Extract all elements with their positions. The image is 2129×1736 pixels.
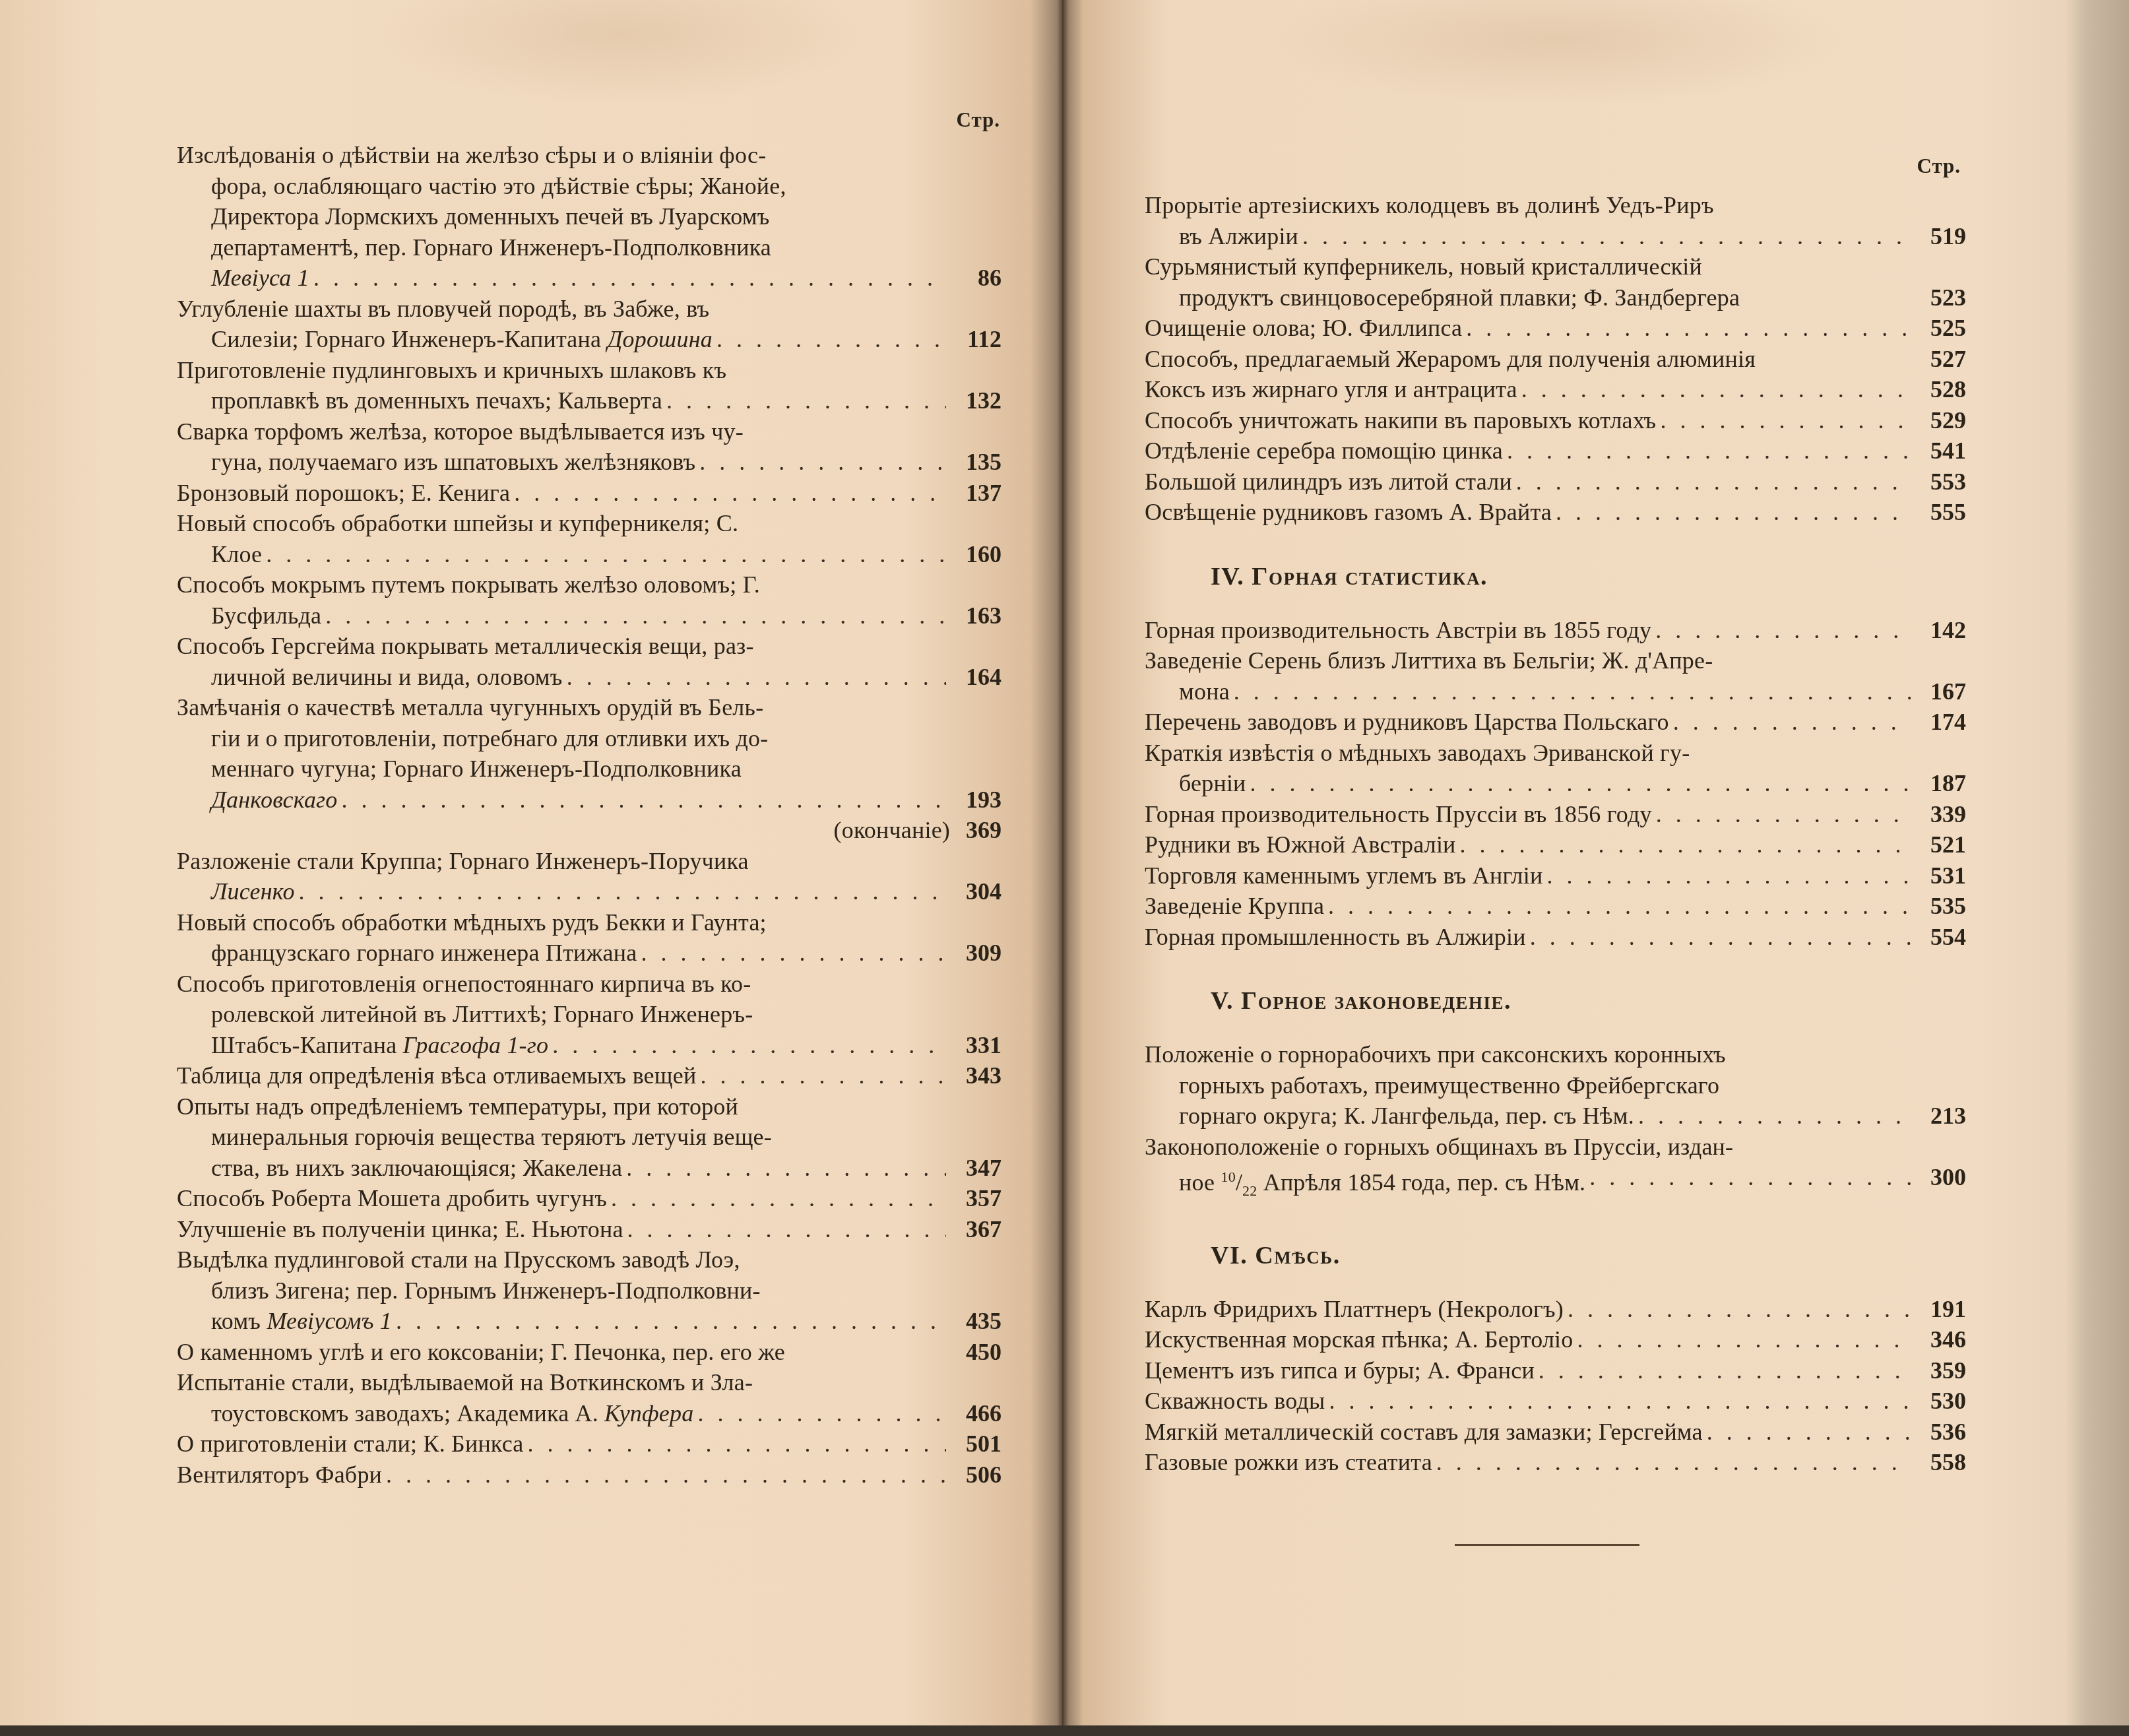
- page-number: 530: [1915, 1386, 1966, 1417]
- page-number: 541: [1915, 435, 1966, 466]
- dot-leader: [299, 876, 946, 907]
- dot-leader: [1436, 1447, 1911, 1478]
- dot-leader: [1589, 1162, 1911, 1207]
- page-number: 519: [1915, 221, 1966, 252]
- page-number: 135: [950, 447, 1001, 478]
- entry-text: тоустовскомъ заводахъ; Академика А. Купф…: [211, 1398, 693, 1429]
- page-number: 466: [950, 1398, 1001, 1429]
- author-name: Дорошина: [607, 326, 713, 352]
- entry-last-line: Карлъ Фридрихъ Платтнеръ (Некрологъ)191: [1145, 1294, 1966, 1325]
- toc-entry[interactable]: Выдѣлка пудлинговой стали на Прусскомъ з…: [177, 1244, 1001, 1337]
- author-name: Купфера: [604, 1400, 693, 1427]
- entry-line: Заведеніе Серень близъ Литтиха въ Бельгі…: [1145, 645, 1966, 676]
- dot-leader: [1530, 922, 1911, 953]
- entry-last-line: Мевіуса 186: [177, 263, 1001, 294]
- page-number: 164: [950, 662, 1001, 693]
- entry-line: горныхъ работахъ, преимущественно Фрейбе…: [1145, 1070, 1966, 1101]
- entry-text: гіи и о приготовленіи, потребнаго для от…: [211, 723, 768, 754]
- toc-entry[interactable]: Способъ мокрымъ путемъ покрывать желѣзо …: [177, 569, 1001, 631]
- entry-text: мона: [1179, 676, 1230, 707]
- entry-last-line: Очищеніе олова; Ю. Филлипса525: [1145, 313, 1966, 344]
- page-number: 525: [1915, 313, 1966, 344]
- entry-last-line: Бусфильда163: [177, 600, 1001, 631]
- toc-entry[interactable]: Мягкій металлическій составъ для замазки…: [1145, 1417, 1966, 1448]
- page-number: 357: [950, 1183, 1001, 1214]
- dot-leader: [552, 1030, 946, 1061]
- entry-text: Положеніе о горнорабочихъ при саксонских…: [1145, 1039, 1726, 1070]
- entry-text: Директора Лормскихъ доменныхъ печей въ Л…: [211, 201, 770, 232]
- entry-text: Лисенко: [211, 876, 295, 907]
- entry-line: Способъ Герсгейма покрывать металлическі…: [177, 631, 1001, 662]
- page-number: 339: [1915, 799, 1966, 830]
- toc-entry[interactable]: Торговля каменнымъ углемъ въ Англіи531: [1145, 860, 1966, 891]
- page-column-label: Стр.: [177, 106, 1001, 135]
- entry-line: Прорытіе артезіискихъ колодцевъ въ долин…: [1145, 190, 1966, 221]
- entry-last-line: Цементъ изъ гипса и буры; А. Франси359: [1145, 1355, 1966, 1386]
- entry-text: Опыты надъ опредѣленіемъ температуры, пр…: [177, 1091, 738, 1122]
- entry-text: французскаго горнаго инженера Птижана: [211, 938, 637, 969]
- dot-leader: [697, 1398, 946, 1429]
- entry-last-line: Способъ Роберта Мошета дробить чугунъ357: [177, 1183, 1001, 1214]
- entry-text: Мягкій металлическій составъ для замазки…: [1145, 1417, 1703, 1448]
- entry-text: Бронзовый порошокъ; Е. Кенига: [177, 478, 510, 509]
- dot-leader: [1466, 313, 1911, 344]
- dot-leader: [1546, 860, 1911, 891]
- entry-text: департаментѣ, пер. Горнаго Инженеръ-Подп…: [211, 232, 771, 263]
- dot-leader: [1638, 1101, 1911, 1132]
- toc-entry[interactable]: Бронзовый порошокъ; Е. Кенига137: [177, 478, 1001, 509]
- toc-entry[interactable]: Опыты надъ опредѣленіемъ температуры, пр…: [177, 1091, 1001, 1184]
- entry-last-line: Искуственная морская пѣнка; А. Бертоліо3…: [1145, 1324, 1966, 1355]
- page-number: 435: [950, 1306, 1001, 1337]
- page-number: 187: [1915, 768, 1966, 799]
- entry-last-line: берніи187: [1145, 768, 1966, 799]
- page-number: 167: [1915, 676, 1966, 707]
- toc-entry[interactable]: Горная производительность Пруссіи въ 185…: [1145, 799, 1966, 830]
- entry-line: фора, ослабляющаго частію это дѣйствіе с…: [177, 171, 1001, 202]
- entry-text: Горная производительность Пруссіи въ 185…: [1145, 799, 1652, 830]
- toc-entry[interactable]: Карлъ Фридрихъ Платтнеръ (Некрологъ)191: [1145, 1294, 1966, 1325]
- toc-entry[interactable]: Рудники въ Южной Австраліи521: [1145, 829, 1966, 860]
- toc-entry[interactable]: О приготовленіи стали; К. Бинкса501: [177, 1429, 1001, 1460]
- page-number: 553: [1915, 466, 1966, 498]
- entry-text: Большой цилиндръ изъ литой стали: [1145, 466, 1512, 498]
- dot-leader: [386, 1460, 946, 1491]
- dot-leader: [527, 1429, 946, 1460]
- toc-entry[interactable]: Заведеніе Круппа535: [1145, 891, 1966, 922]
- page-number: 86: [950, 263, 1001, 294]
- dot-leader: [1577, 1324, 1911, 1355]
- author-name: Лисенко: [211, 878, 295, 905]
- toc-entry[interactable]: Улучшеніе въ полученіи цинка; Е. Ньютона…: [177, 1214, 1001, 1245]
- entry-text: продуктъ свинцовосеребряной плавки; Ф. З…: [1179, 282, 1740, 313]
- entry-text: минеральныя горючія вещества теряютъ лет…: [211, 1122, 772, 1153]
- toc-entry[interactable]: Скважность воды530: [1145, 1386, 1966, 1417]
- page-number: 347: [950, 1153, 1001, 1184]
- entry-last-line: горнаго округа; К. Лангфельда, пер. съ Н…: [1145, 1101, 1966, 1132]
- entry-line: Способъ мокрымъ путемъ покрывать желѣзо …: [177, 569, 1001, 600]
- toc-sections: IV. Горная статистика.Горная производите…: [1145, 562, 1966, 1478]
- dot-leader: [1655, 615, 1911, 646]
- author-name: Данковскаго: [211, 787, 338, 813]
- entry-line: Приготовленіе пудлинговыхъ и кричныхъ шл…: [177, 355, 1001, 386]
- entry-last-line: Мягкій металлическій составъ для замазки…: [1145, 1417, 1966, 1448]
- entry-last-line: Бронзовый порошокъ; Е. Кенига137: [177, 478, 1001, 509]
- page-number: 191: [1915, 1294, 1966, 1325]
- entry-text: Отдѣленіе серебра помощію цинка: [1145, 435, 1503, 466]
- entry-text: О приготовленіи стали; К. Бинкса: [177, 1429, 523, 1460]
- paper-stain: [1260, 0, 1854, 106]
- toc-entry[interactable]: Перечень заводовъ и рудниковъ Царства По…: [1145, 707, 1966, 738]
- entry-text: Горная производительность Австріи въ 185…: [1145, 615, 1651, 646]
- toc-entry[interactable]: Изслѣдованія о дѣйствіи на желѣзо сѣры и…: [177, 140, 1001, 294]
- page-number: 160: [950, 539, 1001, 570]
- entry-last-line: Улучшеніе въ полученіи цинка; Е. Ньютона…: [177, 1214, 1001, 1245]
- entry-last-line: французскаго горнаго инженера Птижана309: [177, 938, 1001, 969]
- entry-last-line: Данковскаго193: [177, 785, 1001, 816]
- page-number: 346: [1915, 1324, 1966, 1355]
- scan-edge: [0, 1725, 2129, 1736]
- entry-text: Законоположеніе о горныхъ общинахъ въ Пр…: [1145, 1132, 1733, 1163]
- date-denominator: 22: [1242, 1182, 1257, 1199]
- book-spread: Стр. Изслѣдованія о дѣйствіи на желѣзо с…: [0, 0, 2129, 1736]
- entry-text: въ Алжиріи: [1179, 221, 1298, 252]
- dot-leader: [1568, 1294, 1911, 1325]
- entry-line: Способъ приготовленія огнепостояннаго ки…: [177, 969, 1001, 1000]
- entry-last-line: Скважность воды530: [1145, 1386, 1966, 1417]
- entry-line: минеральныя горючія вещества теряютъ лет…: [177, 1122, 1001, 1153]
- entry-text: Штабсъ-Капитана Грасгофа 1-го: [211, 1030, 548, 1061]
- page-number: 501: [950, 1429, 1001, 1460]
- dot-leader: [567, 662, 946, 693]
- toc-entries: Изслѣдованія о дѣйствіи на желѣзо сѣры и…: [177, 140, 1001, 1490]
- left-toc-column: Стр. Изслѣдованія о дѣйствіи на желѣзо с…: [177, 106, 1001, 1490]
- entry-text: Скважность воды: [1145, 1386, 1325, 1417]
- page-number: 309: [950, 938, 1001, 969]
- page-number: 132: [950, 385, 1001, 416]
- entry-text: Газовые рожки изъ стеатита: [1145, 1447, 1432, 1478]
- toc-entry[interactable]: Способъ уничтожать накипи въ паровыхъ ко…: [1145, 405, 1966, 436]
- toc-entry[interactable]: Способъ Роберта Мошета дробить чугунъ357: [177, 1183, 1001, 1214]
- date-numerator: 10: [1221, 1169, 1235, 1185]
- page-number: 536: [1915, 1417, 1966, 1448]
- entry-text: гуна, получаемаго изъ шпатовыхъ желѣзняк…: [211, 447, 695, 478]
- section-heading: VI. Смѣсь.: [1145, 1241, 1966, 1270]
- entry-text: Рудники въ Южной Австраліи: [1145, 829, 1456, 860]
- section-heading: V. Горное законоведеніе.: [1145, 986, 1966, 1015]
- dot-leader: [342, 785, 946, 816]
- entry-last-line: Силезіи; Горнаго Инженеръ-Капитана Дорош…: [177, 324, 1001, 355]
- entry-last-line: продуктъ свинцовосеребряной плавки; Ф. З…: [1145, 282, 1966, 313]
- entry-line: Изслѣдованія о дѣйствіи на желѣзо сѣры и…: [177, 140, 1001, 171]
- dot-leader: [627, 1214, 946, 1245]
- entry-last-line: Лисенко304: [177, 876, 1001, 907]
- entry-text: Приготовленіе пудлинговыхъ и кричныхъ шл…: [177, 355, 726, 386]
- entry-line: Директора Лормскихъ доменныхъ печей въ Л…: [177, 201, 1001, 232]
- entry-text: Способъ уничтожать накипи въ паровыхъ ко…: [1145, 405, 1656, 436]
- entry-line: Выдѣлка пудлинговой стали на Прусскомъ з…: [177, 1244, 1001, 1275]
- entry-last-line: Заведеніе Круппа535: [1145, 891, 1966, 922]
- toc-entry[interactable]: Вентиляторъ Фабри506: [177, 1460, 1001, 1491]
- toc-entry[interactable]: Новый способъ обработки шпейзы и купферн…: [177, 508, 1001, 569]
- entry-text: Способъ приготовленія огнепостояннаго ки…: [177, 969, 751, 1000]
- dot-leader: [1460, 829, 1911, 860]
- toc-entry[interactable]: О каменномъ углѣ и его коксованіи; Г. Пе…: [177, 1337, 1001, 1368]
- entry-last-line: Газовые рожки изъ стеатита558: [1145, 1447, 1966, 1478]
- dot-leader: [1521, 374, 1911, 405]
- entry-last-line: Способъ уничтожать накипи въ паровыхъ ко…: [1145, 405, 1966, 436]
- dot-leader: [1660, 405, 1911, 436]
- toc-entry[interactable]: Прорытіе артезіискихъ колодцевъ въ долин…: [1145, 190, 1966, 251]
- entry-text: Способъ, предлагаемый Жераромъ для получ…: [1145, 344, 1756, 375]
- toc-entry[interactable]: Коксъ изъ жирнаго угля и антрацита528: [1145, 374, 1966, 405]
- page-number: 142: [1915, 615, 1966, 646]
- entry-last-line: Штабсъ-Капитана Грасгофа 1-го331: [177, 1030, 1001, 1061]
- dot-leader: [1539, 1355, 1911, 1386]
- dot-leader: [626, 1153, 946, 1184]
- entry-last-line: Перечень заводовъ и рудниковъ Царства По…: [1145, 707, 1966, 738]
- dot-leader: [699, 447, 946, 478]
- entry-line: Краткія извѣстія о мѣдныхъ заводахъ Эрив…: [1145, 738, 1966, 769]
- entry-text: О каменномъ углѣ и его коксованіи; Г. Пе…: [177, 1337, 785, 1368]
- book-gutter: [1057, 0, 1069, 1725]
- entry-text: Углубленіе шахты въ пловучей породѣ, въ …: [177, 294, 709, 325]
- entry-text: берніи: [1179, 768, 1246, 799]
- page-number: 112: [950, 324, 1001, 355]
- entry-text: Мевіуса 1: [211, 263, 309, 294]
- toc-entry[interactable]: Горная промышленность въ Алжиріи554: [1145, 922, 1966, 953]
- entry-last-line: Торговля каменнымъ углемъ въ Англіи531: [1145, 860, 1966, 891]
- entry-text: Разложеніе стали Круппа; Горнаго Инженер…: [177, 846, 749, 877]
- toc-entry[interactable]: Сварка торфомъ желѣза, которое выдѣлывае…: [177, 416, 1001, 478]
- dot-leader: [1507, 435, 1911, 466]
- entry-text: Коксъ изъ жирнаго угля и антрацита: [1145, 374, 1517, 405]
- entry-text: Перечень заводовъ и рудниковъ Царства По…: [1145, 707, 1669, 738]
- page-number: 213: [1915, 1101, 1966, 1132]
- toc-entry[interactable]: Приготовленіе пудлинговыхъ и кричныхъ шл…: [177, 355, 1001, 416]
- dot-leader: [1673, 707, 1911, 738]
- toc-entry[interactable]: Сурьмянистый купферникель, новый кристал…: [1145, 251, 1966, 313]
- entry-text: фора, ослабляющаго частію это дѣйствіе с…: [211, 171, 786, 202]
- entry-last-line: О каменномъ углѣ и его коксованіи; Г. Пе…: [177, 1337, 1001, 1368]
- entry-text: горныхъ работахъ, преимущественно Фрейбе…: [1179, 1070, 1719, 1101]
- dot-leader: [266, 539, 946, 570]
- page-number: 528: [1915, 374, 1966, 405]
- page-number: 304: [950, 876, 1001, 907]
- entry-text: Заведеніе Серень близъ Литтиха въ Бельгі…: [1145, 645, 1713, 676]
- page-number: 174: [1915, 707, 1966, 738]
- toc-entry[interactable]: Способъ приготовленія огнепостояннаго ки…: [177, 969, 1001, 1061]
- entry-last-line: Горная производительность Австріи въ 185…: [1145, 615, 1966, 646]
- entry-last-line: Горная промышленность въ Алжиріи554: [1145, 922, 1966, 953]
- entry-text: ное 10/22 Апрѣля 1854 года, пер. съ Нѣм.: [1179, 1162, 1585, 1207]
- entry-text: Силезіи; Горнаго Инженеръ-Капитана Дорош…: [211, 324, 713, 355]
- end-rule: [1455, 1544, 1639, 1546]
- dot-leader: [1302, 221, 1911, 252]
- entry-last-line: ства, въ нихъ заключающіяся; Жакелена347: [177, 1153, 1001, 1184]
- entry-text: Очищеніе олова; Ю. Филлипса: [1145, 313, 1462, 344]
- author-name: Грасгофа 1-го: [403, 1032, 549, 1058]
- entry-text: Торговля каменнымъ углемъ въ Англіи: [1145, 860, 1542, 891]
- page-number: 535: [1915, 891, 1966, 922]
- entry-text: ролевской литейной въ Литтихѣ; Горнаго И…: [211, 999, 753, 1030]
- dot-leader: [1556, 497, 1911, 528]
- entry-text: Горная промышленность въ Алжиріи: [1145, 922, 1526, 953]
- continuation-label: (окончаніе): [834, 815, 950, 846]
- dot-leader: [1656, 799, 1911, 830]
- entry-line: Законоположеніе о горныхъ общинахъ въ Пр…: [1145, 1132, 1966, 1163]
- entry-line: гіи и о приготовленіи, потребнаго для от…: [177, 723, 1001, 754]
- toc-entry[interactable]: Искуственная морская пѣнка; А. Бертоліо3…: [1145, 1324, 1966, 1355]
- entry-text: Клое: [211, 539, 262, 570]
- dot-leader: [1516, 466, 1911, 498]
- entry-last-line: Вентиляторъ Фабри506: [177, 1460, 1001, 1491]
- entry-line: Испытаніе стали, выдѣлываемой на Воткинс…: [177, 1367, 1001, 1398]
- page-number: 523: [1915, 282, 1966, 313]
- entry-text: Выдѣлка пудлинговой стали на Прусскомъ з…: [177, 1244, 740, 1275]
- toc-entries: Прорытіе артезіискихъ колодцевъ въ долин…: [1145, 190, 1966, 528]
- entry-last-line: Таблица для опредѣленія вѣса отливаемыхъ…: [177, 1060, 1001, 1091]
- toc-entry[interactable]: Цементъ изъ гипса и буры; А. Франси359: [1145, 1355, 1966, 1386]
- entry-text: Краткія извѣстія о мѣдныхъ заводахъ Эрив…: [1145, 738, 1690, 769]
- entry-text: меннаго чугуна; Горнаго Инженеръ-Подполк…: [211, 754, 742, 785]
- dot-leader: [313, 263, 946, 294]
- dot-leader: [1329, 1386, 1911, 1417]
- entry-line: Положеніе о горнорабочихъ при саксонских…: [1145, 1039, 1966, 1070]
- entry-last-line: Горная производительность Пруссіи въ 185…: [1145, 799, 1966, 830]
- entry-text: Прорытіе артезіискихъ колодцевъ въ долин…: [1145, 190, 1714, 221]
- page-number: 558: [1915, 1447, 1966, 1478]
- toc-entry[interactable]: Очищеніе олова; Ю. Филлипса525: [1145, 313, 1966, 344]
- toc-entry[interactable]: Углубленіе шахты въ пловучей породѣ, въ …: [177, 294, 1001, 355]
- dot-leader: [716, 324, 946, 355]
- entry-text: Замѣчанія о качествѣ металла чугунныхъ о…: [177, 692, 763, 723]
- entry-text: Изслѣдованія о дѣйствіи на желѣзо сѣры и…: [177, 140, 766, 171]
- entry-text: Вентиляторъ Фабри: [177, 1460, 382, 1491]
- toc-entry[interactable]: Способъ, предлагаемый Жераромъ для получ…: [1145, 344, 1966, 375]
- entry-text: комъ Мевіусомъ 1: [211, 1306, 392, 1337]
- paper-stain: [369, 0, 871, 106]
- entry-text: Сурьмянистый купферникель, новый кристал…: [1145, 251, 1702, 282]
- entry-line: Опыты надъ опредѣленіемъ температуры, пр…: [177, 1091, 1001, 1122]
- entry-text: Новый способъ обработки мѣдныхъ рудъ Бек…: [177, 907, 767, 938]
- toc-entry[interactable]: Большой цилиндръ изъ литой стали553: [1145, 466, 1966, 498]
- page-number: 367: [950, 1214, 1001, 1245]
- entry-last-line: Большой цилиндръ изъ литой стали553: [1145, 466, 1966, 498]
- page-number: 137: [950, 478, 1001, 509]
- toc-entry[interactable]: Таблица для опредѣленія вѣса отливаемыхъ…: [177, 1060, 1001, 1091]
- toc-entry[interactable]: Газовые рожки изъ стеатита558: [1145, 1447, 1966, 1478]
- entry-text: Бусфильда: [211, 600, 321, 631]
- page-number: 300: [1915, 1162, 1966, 1207]
- entry-text: Карлъ Фридрихъ Платтнеръ (Некрологъ): [1145, 1294, 1564, 1325]
- page-column-label: Стр.: [1145, 152, 1966, 181]
- entry-text: близъ Зигена; пер. Горнымъ Инженеръ-Подп…: [211, 1275, 761, 1306]
- entry-last-line: въ Алжиріи519: [1145, 221, 1966, 252]
- entry-last-line: комъ Мевіусомъ 1435: [177, 1306, 1001, 1337]
- page-number: 531: [1915, 860, 1966, 891]
- dot-leader: [1707, 1417, 1911, 1448]
- entry-last-line: гуна, получаемаго изъ шпатовыхъ желѣзняк…: [177, 447, 1001, 478]
- entry-last-line: Отдѣленіе серебра помощію цинка541: [1145, 435, 1966, 466]
- entry-line: близъ Зигена; пер. Горнымъ Инженеръ-Подп…: [177, 1275, 1001, 1306]
- toc-entry[interactable]: Замѣчанія о качествѣ металла чугунныхъ о…: [177, 692, 1001, 846]
- entry-line: Новый способъ обработки шпейзы и купферн…: [177, 508, 1001, 539]
- entry-line: ролевской литейной въ Литтихѣ; Горнаго И…: [177, 999, 1001, 1030]
- dot-leader: [1328, 891, 1911, 922]
- entry-line: Сурьмянистый купферникель, новый кристал…: [1145, 251, 1966, 282]
- toc-entry[interactable]: Законоположеніе о горныхъ общинахъ въ Пр…: [1145, 1132, 1966, 1207]
- page-number: 331: [950, 1030, 1001, 1061]
- entry-last-line: мона167: [1145, 676, 1966, 707]
- page-number: 163: [950, 600, 1001, 631]
- dot-leader: [514, 478, 946, 509]
- entry-text: Сварка торфомъ желѣза, которое выдѣлывае…: [177, 416, 744, 447]
- entry-text: ства, въ нихъ заключающіяся; Жакелена: [211, 1153, 622, 1184]
- entry-line: департаментѣ, пер. Горнаго Инженеръ-Подп…: [177, 232, 1001, 263]
- toc-entry[interactable]: Отдѣленіе серебра помощію цинка541: [1145, 435, 1966, 466]
- toc-entry[interactable]: Горная производительность Австріи въ 185…: [1145, 615, 1966, 646]
- entry-last-line: Рудники въ Южной Австраліи521: [1145, 829, 1966, 860]
- entry-text: Способъ Роберта Мошета дробить чугунъ: [177, 1183, 607, 1214]
- page-number: 506: [950, 1460, 1001, 1491]
- section-heading: IV. Горная статистика.: [1145, 562, 1966, 591]
- entry-text: проплавкѣ въ доменныхъ печахъ; Кальверта: [211, 385, 662, 416]
- entry-text: Способъ мокрымъ путемъ покрывать желѣзо …: [177, 569, 760, 600]
- entry-last-line: ное 10/22 Апрѣля 1854 года, пер. съ Нѣм.…: [1145, 1162, 1966, 1207]
- entry-continuation-line: (окончаніе)369: [177, 815, 1001, 846]
- page-number: 555: [1915, 497, 1966, 528]
- entry-text: Заведеніе Круппа: [1145, 891, 1324, 922]
- entry-last-line: О приготовленіи стали; К. Бинкса501: [177, 1429, 1001, 1460]
- entry-text: горнаго округа; К. Лангфельда, пер. съ Н…: [1179, 1101, 1634, 1132]
- page-number: 527: [1915, 344, 1966, 375]
- page-number: 343: [950, 1060, 1001, 1091]
- entry-last-line: Клое160: [177, 539, 1001, 570]
- toc-entry[interactable]: Способъ Герсгейма покрывать металлическі…: [177, 631, 1001, 692]
- entry-text: Способъ Герсгейма покрывать металлическі…: [177, 631, 754, 662]
- author-name: Мевіусомъ 1: [267, 1308, 392, 1334]
- toc-entry[interactable]: Освѣщеніе рудниковъ газомъ А. Врайта555: [1145, 497, 1966, 528]
- entry-line: Разложеніе стали Круппа; Горнаго Инженер…: [177, 846, 1001, 877]
- page-number: 359: [1915, 1355, 1966, 1386]
- author-name: Мевіуса 1: [211, 265, 309, 291]
- page-number: 369: [950, 815, 1001, 846]
- toc-entry[interactable]: Испытаніе стали, выдѣлываемой на Воткинс…: [177, 1367, 1001, 1429]
- page-number: 554: [1915, 922, 1966, 953]
- entry-line: Новый способъ обработки мѣдныхъ рудъ Бек…: [177, 907, 1001, 938]
- page-number: 193: [950, 785, 1001, 816]
- dot-leader: [396, 1306, 946, 1337]
- entry-line: меннаго чугуна; Горнаго Инженеръ-Подполк…: [177, 754, 1001, 785]
- page-number: 529: [1915, 405, 1966, 436]
- entry-line: Сварка торфомъ желѣза, которое выдѣлывае…: [177, 416, 1001, 447]
- entry-last-line: тоустовскомъ заводахъ; Академика А. Купф…: [177, 1398, 1001, 1429]
- toc-entry[interactable]: Разложеніе стали Круппа; Горнаго Инженер…: [177, 846, 1001, 907]
- entry-text: Таблица для опредѣленія вѣса отливаемыхъ…: [177, 1060, 696, 1091]
- entry-text: Улучшеніе въ полученіи цинка; Е. Ньютона: [177, 1214, 623, 1245]
- toc-entry[interactable]: Заведеніе Серень близъ Литтиха въ Бельгі…: [1145, 645, 1966, 707]
- toc-entry[interactable]: Новый способъ обработки мѣдныхъ рудъ Бек…: [177, 907, 1001, 969]
- entry-last-line: личной величины и вида, оловомъ164: [177, 662, 1001, 693]
- entry-line: Углубленіе шахты въ пловучей породѣ, въ …: [177, 294, 1001, 325]
- toc-entry[interactable]: Краткія извѣстія о мѣдныхъ заводахъ Эрив…: [1145, 738, 1966, 799]
- entry-line: Замѣчанія о качествѣ металла чугунныхъ о…: [177, 692, 1001, 723]
- dot-leader: [611, 1183, 946, 1214]
- toc-entry[interactable]: Положеніе о горнорабочихъ при саксонских…: [1145, 1039, 1966, 1132]
- entry-text: Освѣщеніе рудниковъ газомъ А. Врайта: [1145, 497, 1552, 528]
- entry-text: Искуственная морская пѣнка; А. Бертоліо: [1145, 1324, 1573, 1355]
